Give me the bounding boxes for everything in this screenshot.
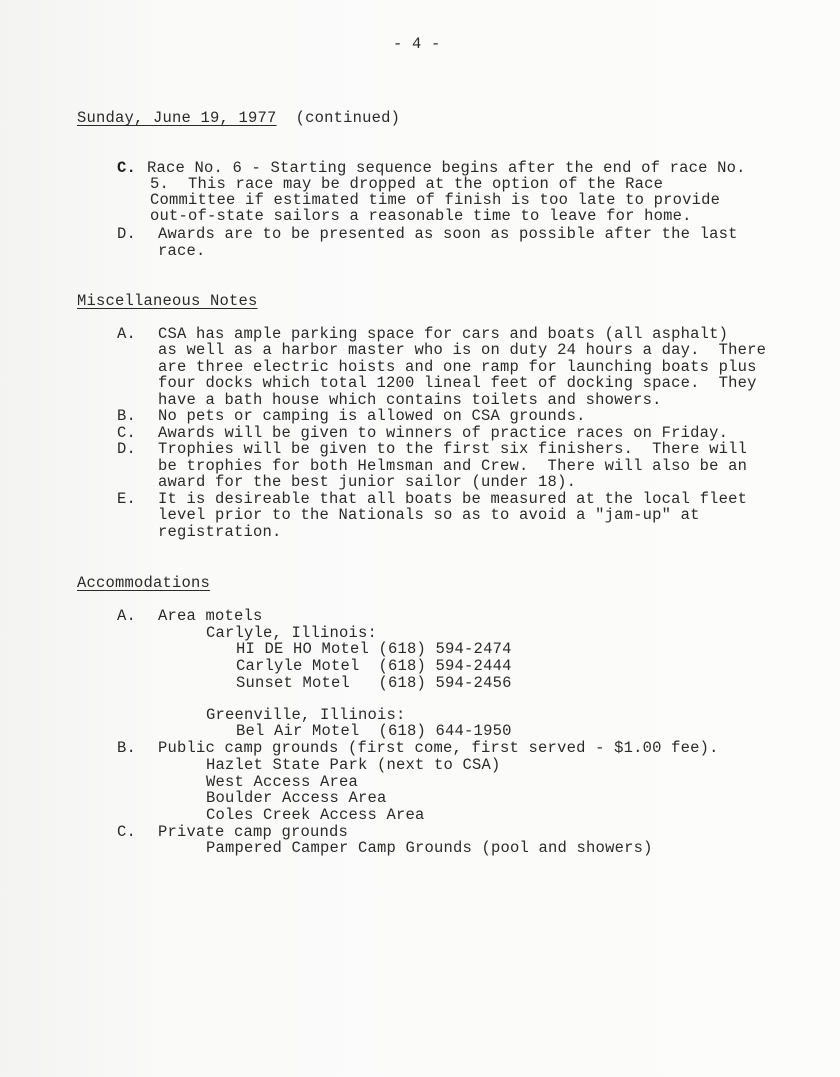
misc-item-e-line: level prior to the Nationals so as to av… — [158, 507, 700, 524]
misc-item-b-label: B. — [117, 408, 136, 425]
motel-phone: (618) 594-2456 — [379, 674, 512, 692]
public-ground-item: Coles Creek Access Area — [206, 807, 425, 824]
misc-item-a-label: A. — [117, 326, 136, 343]
section-heading-accommodations: Accommodations — [77, 575, 210, 592]
page-number: - 4 - — [393, 36, 441, 53]
motel-phone: (618) 594-2474 — [379, 640, 512, 658]
misc-item-d-line: award for the best junior sailor (under … — [158, 474, 576, 491]
motel-row: Sunset Motel (618) 594-2456 — [236, 675, 512, 692]
accom-a-title: Area motels — [158, 608, 263, 625]
accom-b-label: B. — [117, 740, 136, 757]
section-heading-misc: Miscellaneous Notes — [77, 293, 258, 310]
misc-item-b-line: No pets or camping is allowed on CSA gro… — [158, 408, 586, 425]
document-page: - 4 - Sunday, June 19, 1977 (continued) … — [0, 0, 840, 1077]
sunday-item-d-line: race. — [158, 243, 206, 260]
motel-phone: (618) 594-2444 — [379, 657, 512, 675]
accom-b-title: Public camp grounds (first come, first s… — [158, 740, 719, 757]
sunday-item-c-label: C. — [117, 160, 136, 177]
misc-item-e-label: E. — [117, 491, 136, 508]
sunday-item-d-label: D. — [117, 226, 136, 243]
sunday-item-d-line: Awards are to be presented as soon as po… — [158, 226, 738, 243]
misc-item-d-label: D. — [117, 441, 136, 458]
motel-name: Bel Air Motel — [236, 722, 369, 740]
private-ground-item: Pampered Camper Camp Grounds (pool and s… — [206, 840, 653, 857]
sunday-item-c-line: out-of-state sailors a reasonable time t… — [150, 208, 692, 225]
heading-suffix: (continued) — [296, 109, 401, 127]
misc-item-a-line: as well as a harbor master who is on dut… — [158, 342, 766, 359]
motel-row: Carlyle Motel (618) 594-2444 — [236, 658, 512, 675]
misc-item-a-line: four docks which total 1200 lineal feet … — [158, 375, 757, 392]
section-heading-sunday: Sunday, June 19, 1977 (continued) — [77, 110, 400, 127]
motel-name: Carlyle Motel — [236, 657, 369, 675]
heading-text: Sunday, June 19, 1977 — [77, 109, 277, 127]
motel-phone: (618) 644-1950 — [379, 722, 512, 740]
motel-name: HI DE HO Motel — [236, 640, 369, 658]
misc-item-d-line: Trophies will be given to the first six … — [158, 441, 747, 458]
public-ground-item: Boulder Access Area — [206, 790, 387, 807]
motel-name: Sunset Motel — [236, 674, 369, 692]
misc-item-e-line: registration. — [158, 524, 282, 541]
accom-c-label: C. — [117, 824, 136, 841]
motel-row: HI DE HO Motel (618) 594-2474 — [236, 641, 512, 658]
motel-row: Bel Air Motel (618) 644-1950 — [236, 723, 512, 740]
accom-a-label: A. — [117, 608, 136, 625]
public-ground-item: Hazlet State Park (next to CSA) — [206, 757, 501, 774]
